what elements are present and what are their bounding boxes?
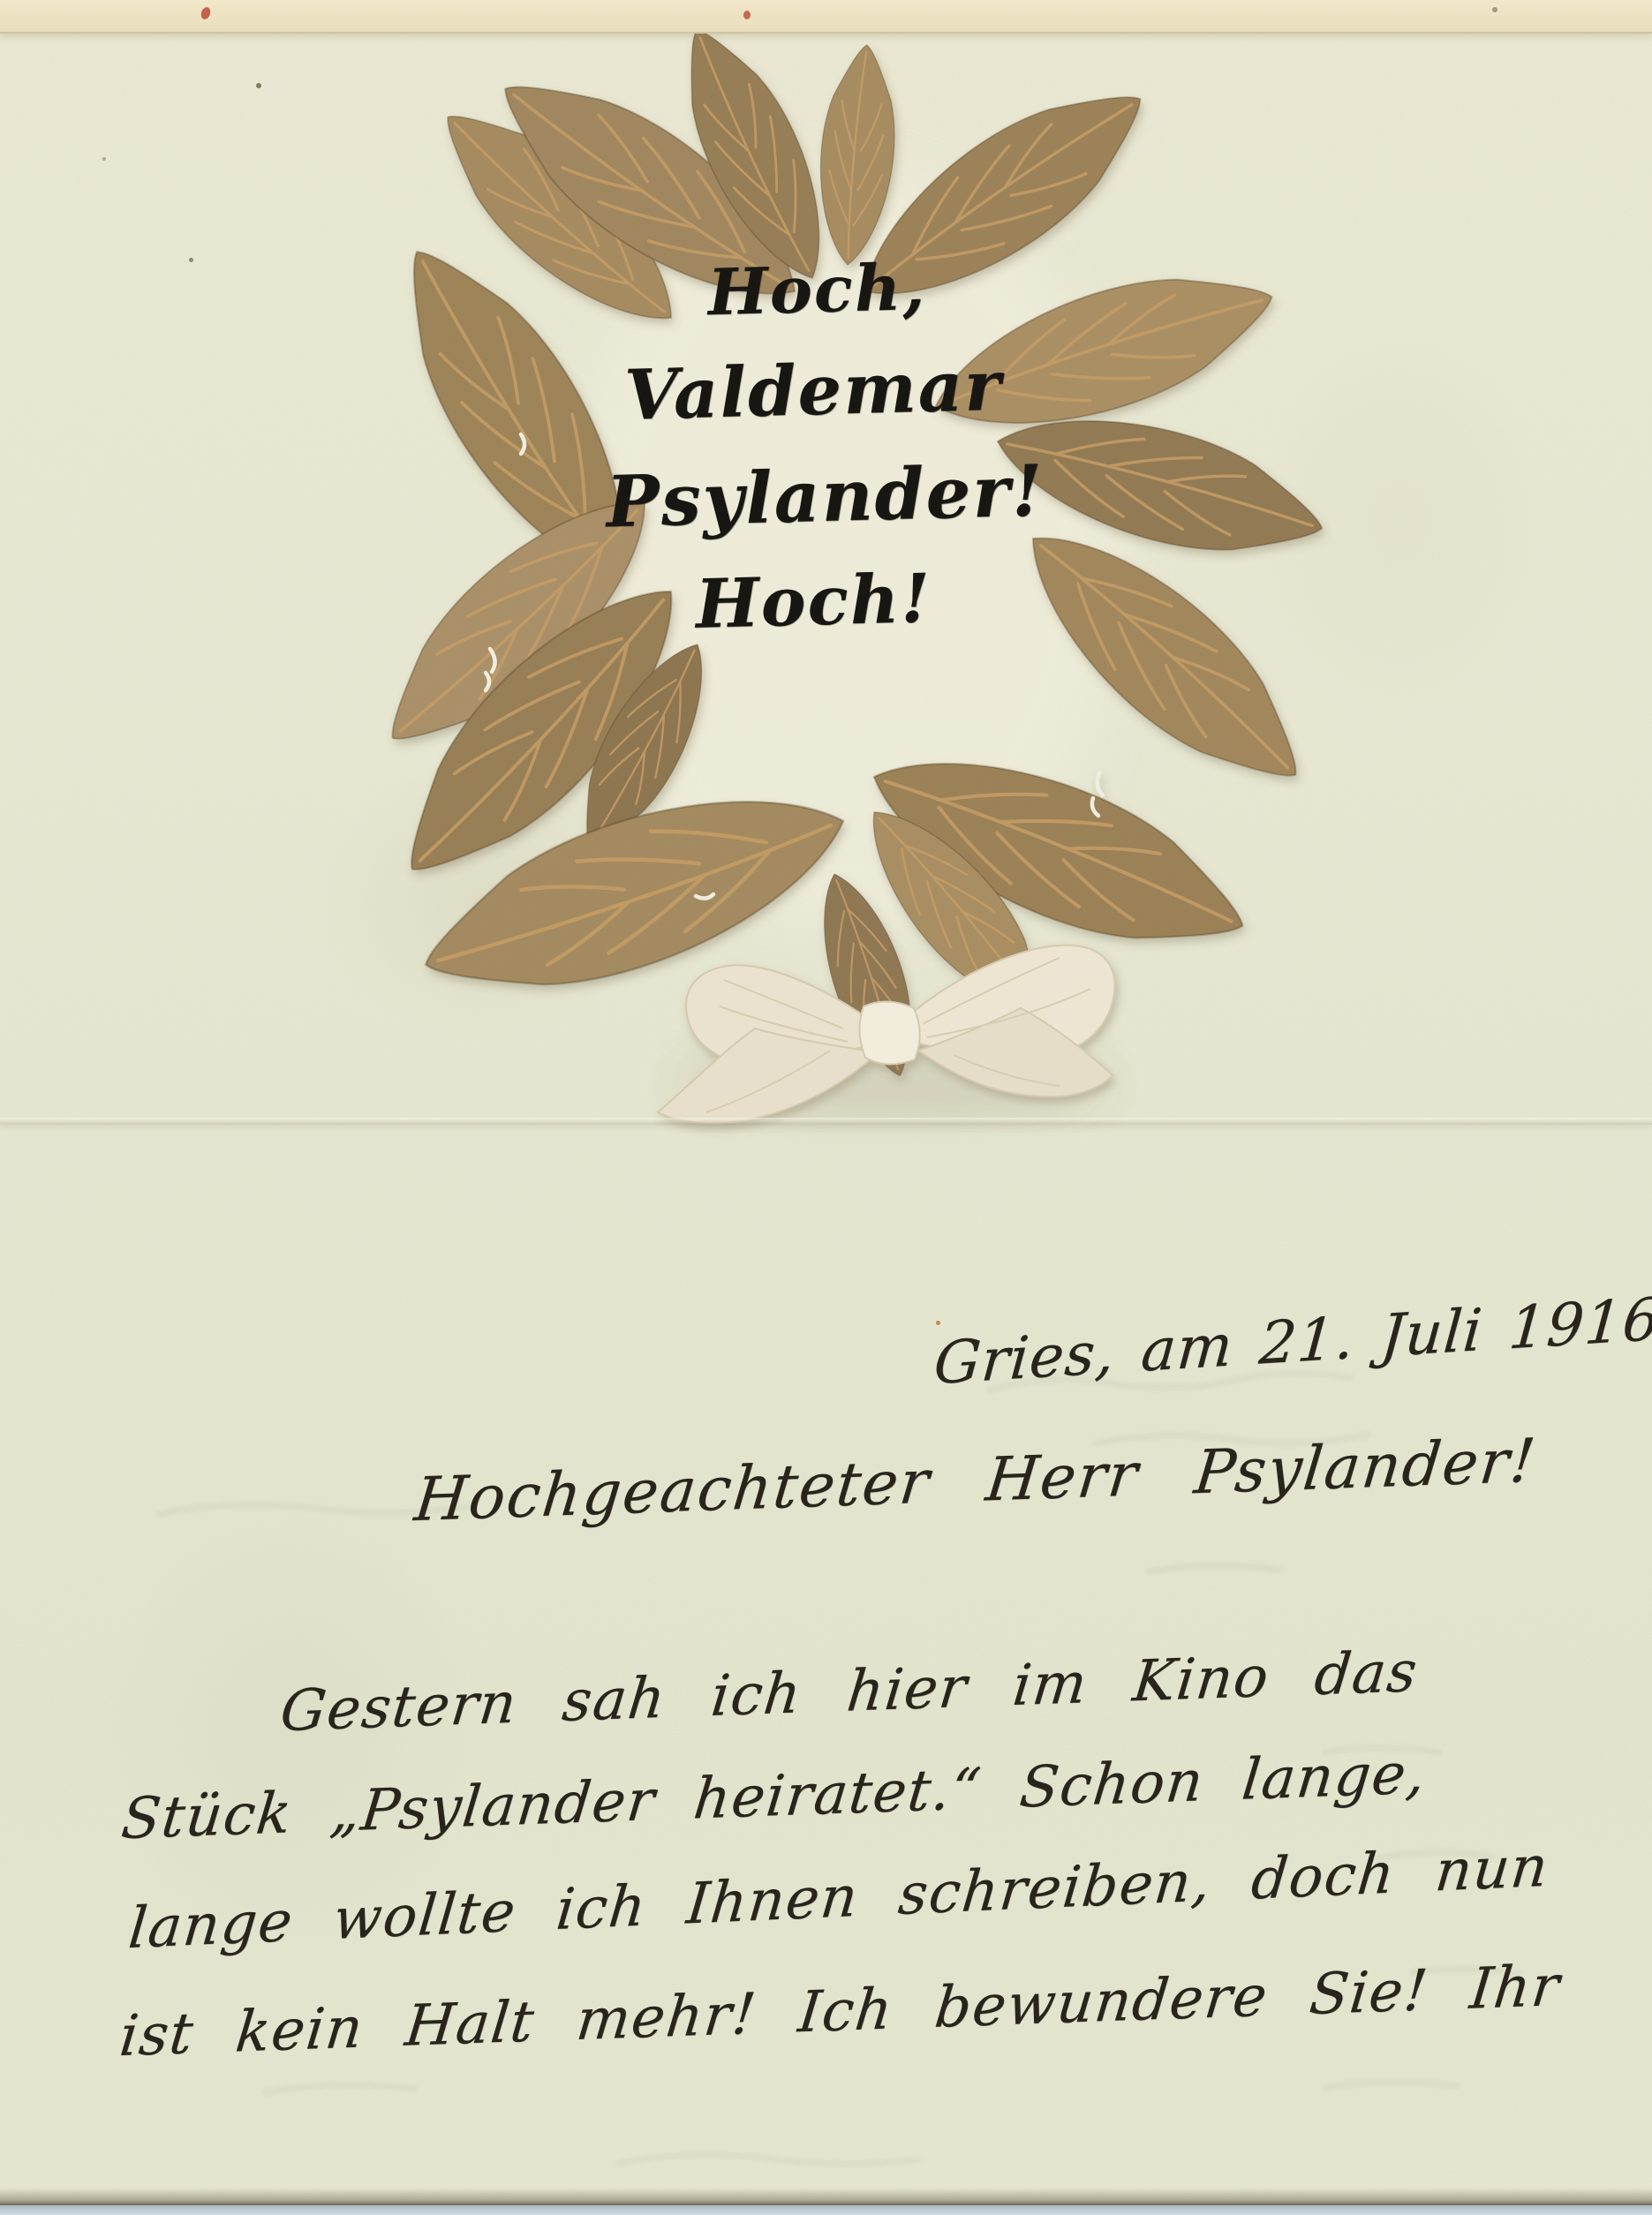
scan-backing-strip <box>0 2205 1652 2215</box>
letter-body-line-2: Stück „Psylander heiratet.“ Schon lange, <box>118 1741 1429 1852</box>
letter-body-line-1: Gestern sah ich hier im Kino das <box>277 1639 1421 1744</box>
foxing-speck <box>1492 7 1497 12</box>
letter-salutation: Hochgeachteter Herr Psylander! <box>411 1426 1540 1535</box>
foxing-speck <box>936 1321 940 1325</box>
foxing-speck <box>256 83 261 88</box>
letter-body-line-3: lange wollte ich Ihnen schreiben, doch n… <box>125 1835 1551 1963</box>
inscription-line-3: Psylander! <box>579 437 1071 555</box>
paper-bottom-edge-shadow <box>0 2188 1652 2205</box>
foxing-speck <box>200 6 212 21</box>
foxing-speck <box>102 157 106 161</box>
scanned-letter-page: Hoch, Valdemar Psylander! Hoch! Gries, a… <box>0 0 1652 2215</box>
letter-dateline: Gries, am 21. Juli 1916. <box>932 1284 1652 1398</box>
inscription-line-1: Hoch, <box>569 234 1066 346</box>
foxing-speck <box>189 258 193 262</box>
inscription-line-2: Valdemar <box>559 333 1068 450</box>
foxing-speck <box>743 11 751 19</box>
letter-body-line-4: ist kein Halt mehr! Ich bewundere Sie! I… <box>117 1954 1564 2069</box>
wreath-inscription: Hoch, Valdemar Psylander! Hoch! <box>569 234 1074 659</box>
inscription-line-4: Hoch! <box>554 543 1074 660</box>
